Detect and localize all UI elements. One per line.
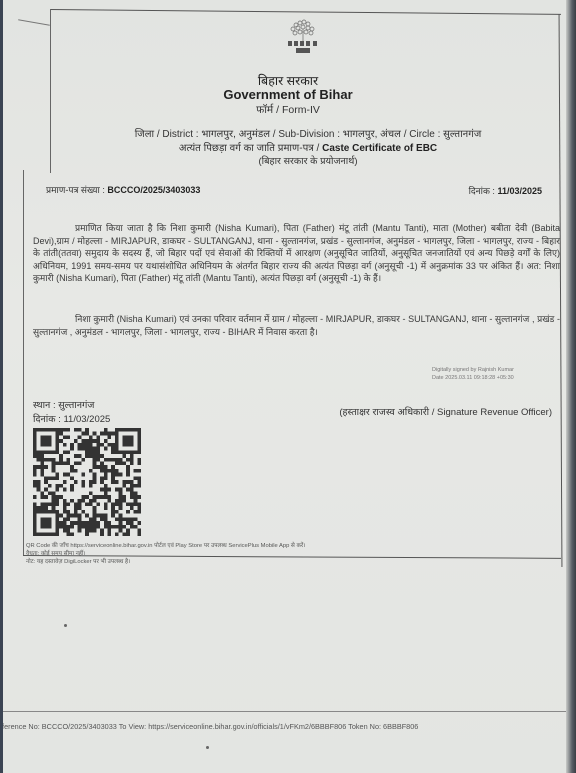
frame-left-lower bbox=[23, 170, 24, 555]
certificate-paper: बिहार सरकार Government of Bihar फॉर्म / … bbox=[0, 0, 566, 773]
district-value: भागलपुर, bbox=[201, 129, 236, 140]
speck bbox=[64, 624, 67, 627]
government-english-title: Government of Bihar bbox=[0, 87, 576, 102]
certificate-number-value: BCCCO/2025/3403033 bbox=[107, 185, 200, 195]
certificate-date: दिनांक : 11/03/2025 bbox=[469, 184, 542, 197]
certificate-date-value: 11/03/2025 bbox=[497, 186, 542, 196]
certificate-number: प्रमाण-पत्र संख्या : BCCCO/2025/3403033 bbox=[46, 183, 200, 196]
certification-paragraph: प्रमाणित किया जाता है कि निशा कुमारी (Ni… bbox=[33, 222, 560, 285]
pen-mark bbox=[18, 19, 50, 26]
circle-label: अंचल / Circle : bbox=[380, 129, 440, 140]
district-label: जिला / District : bbox=[135, 129, 199, 140]
digital-signature-date: Date 2025.03.11 09:18:28 +05:30 bbox=[432, 374, 514, 382]
jurisdiction-line: जिला / District : भागलपुर, अनुमंडल / Sub… bbox=[20, 126, 576, 140]
certificate-date-label: दिनांक : bbox=[469, 186, 495, 196]
place: स्थान : सुल्तानगंज bbox=[33, 398, 94, 411]
footer-reference: eference No: BCCCO/2025/3403033 To View:… bbox=[0, 722, 418, 731]
qr-note-line-3: नोट: यह दस्तावेज़ DigiLocker पर भी उपलब्… bbox=[26, 558, 305, 566]
subdivision-value: भागलपुर, bbox=[343, 129, 378, 140]
bodhi-tree-emblem-icon bbox=[280, 19, 326, 57]
certificate-title-english: Caste Certificate of EBC bbox=[322, 143, 437, 154]
background-right-edge bbox=[566, 0, 576, 773]
speck bbox=[206, 746, 209, 749]
background-left-edge bbox=[0, 0, 3, 773]
frame-top bbox=[50, 9, 561, 15]
residence-paragraph: निशा कुमारी (Nisha Kumari) एवं उनका परिव… bbox=[33, 313, 560, 338]
certificate-purpose: (बिहार सरकार के प्रयोजनार्थ) bbox=[20, 154, 576, 167]
signature-revenue-officer: (हस्ताक्षर राजस्व अधिकारी / Signature Re… bbox=[339, 405, 552, 418]
qr-verification-note: QR Code की जाँच https://serviceonline.bi… bbox=[26, 542, 305, 566]
form-number: फॉर्म / Form-IV bbox=[0, 103, 576, 117]
qr-code-icon[interactable] bbox=[33, 428, 141, 536]
certificate-title-hindi: अत्यंत पिछड़ा वर्ग का जाति प्रमाण-पत्र / bbox=[179, 143, 320, 154]
digital-signature-stamp: Digitally signed by Rajnish Kumar Date 2… bbox=[432, 366, 514, 382]
certificate-title: अत्यंत पिछड़ा वर्ग का जाति प्रमाण-पत्र /… bbox=[20, 140, 576, 154]
circle-value: सुल्तानगंज bbox=[443, 129, 481, 140]
place-date: दिनांक : 11/03/2025 bbox=[33, 412, 110, 425]
certificate-number-label: प्रमाण-पत्र संख्या : bbox=[46, 185, 105, 195]
subdivision-label: अनुमंडल / Sub-Division : bbox=[239, 129, 340, 140]
qr-note-line-1: QR Code की जाँच https://serviceonline.bi… bbox=[26, 542, 305, 550]
qr-note-line-2: वैधता: कोई समय सीमा नहीं। bbox=[26, 550, 305, 558]
digital-signature-signer: Digitally signed by Rajnish Kumar bbox=[432, 366, 514, 374]
footer-divider bbox=[0, 711, 566, 712]
